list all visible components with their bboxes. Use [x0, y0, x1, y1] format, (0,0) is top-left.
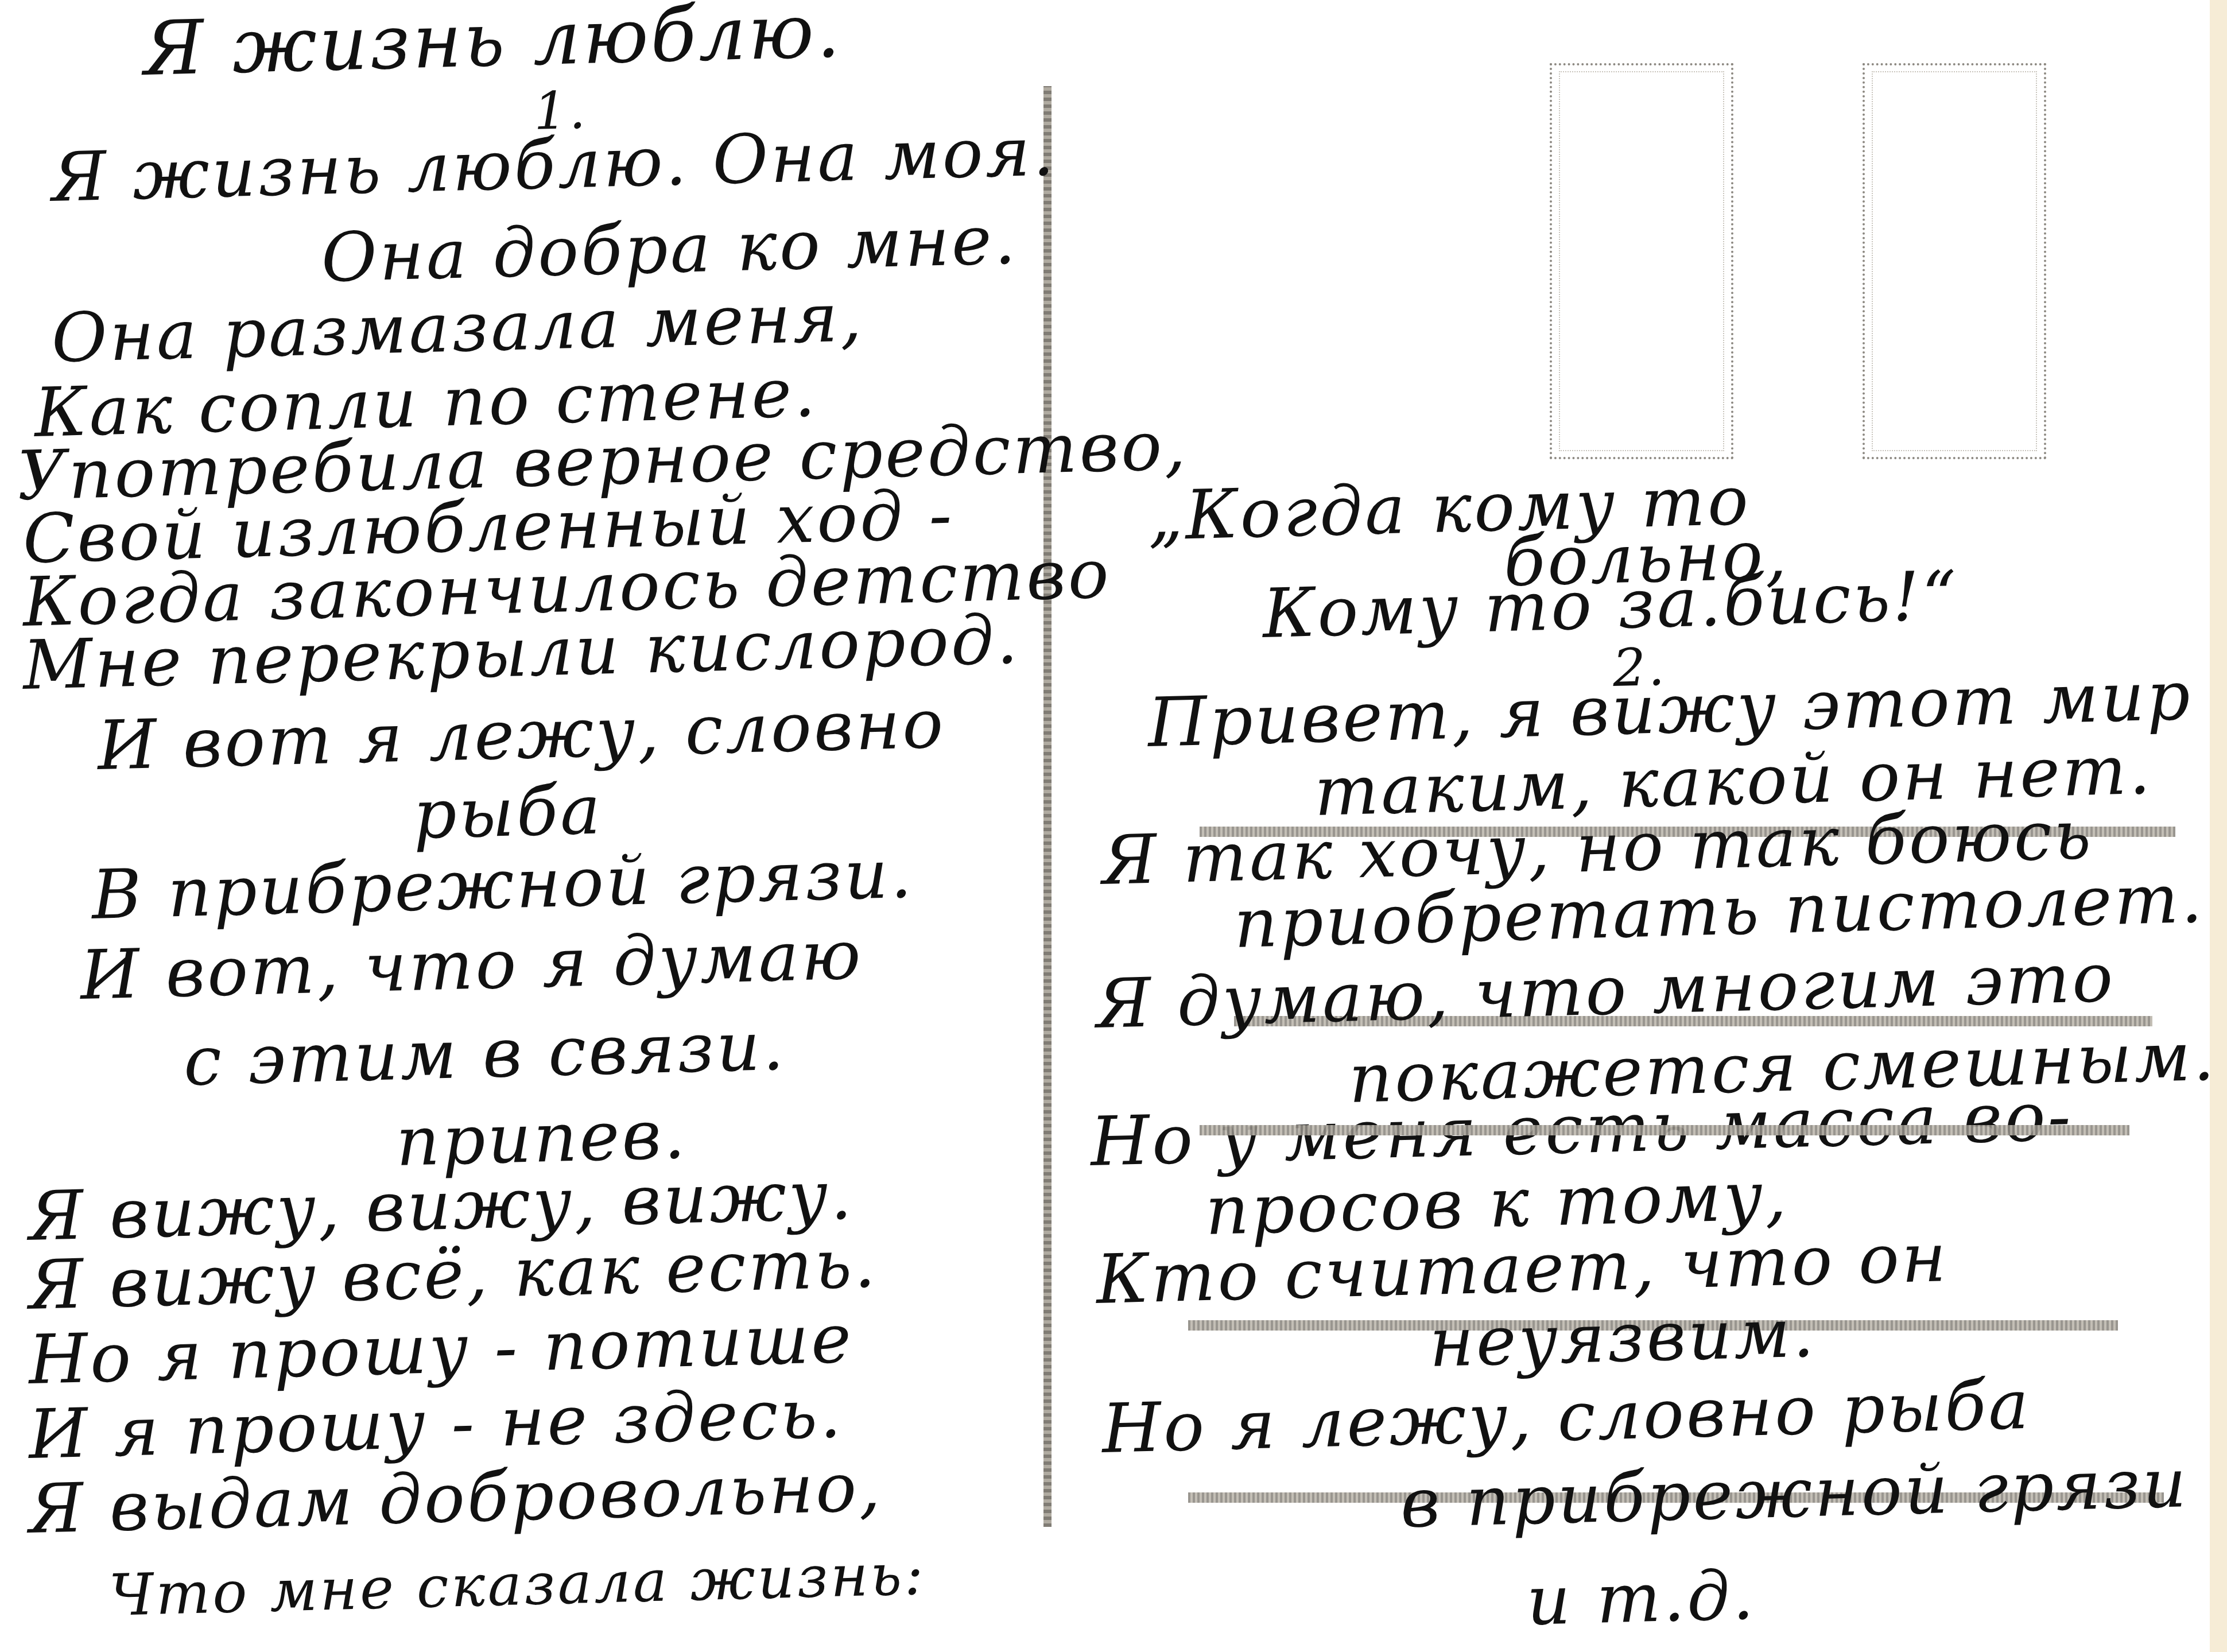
stamp-box-2 — [1863, 63, 2046, 459]
verse-1-line: И вот, что я думаю — [79, 921, 863, 1009]
verse-2-line: неуязвим. — [1428, 1298, 1817, 1376]
paper-edge — [2210, 0, 2227, 1652]
verse-1-line: И вот я лежу, словно — [96, 689, 946, 780]
verse-2-line: Кто считает, что он — [1095, 1223, 1949, 1313]
highlight-underline — [1200, 1125, 2129, 1135]
verse-1-line: Я жизнь люблю. Она моя. — [51, 117, 1057, 211]
song-title: Я жизнь люблю. — [142, 0, 843, 86]
verse-2-line: в прибрежной грязи — [1399, 1449, 2189, 1537]
stamp-box-1 — [1550, 63, 1733, 459]
verse-1-line: В прибрежной грязи. — [91, 840, 914, 929]
verse-2-line: Но я лежу, словно рыба — [1101, 1371, 2031, 1463]
verse-1-line: Она добра ко мне. — [320, 205, 1018, 292]
verse-1-line: рыба — [412, 775, 603, 848]
chorus-line: Я выдам добровольно, — [28, 1453, 883, 1543]
postcard-divider-line — [1043, 86, 1052, 1527]
verse-2-line: и т.д. — [1526, 1561, 1756, 1635]
quote-line: Кому то за.бись!“ — [1262, 561, 1960, 647]
verse-1-line: с этим в связи. — [183, 1012, 787, 1095]
chorus-line: Что мне сказала жизнь: — [108, 1546, 926, 1624]
